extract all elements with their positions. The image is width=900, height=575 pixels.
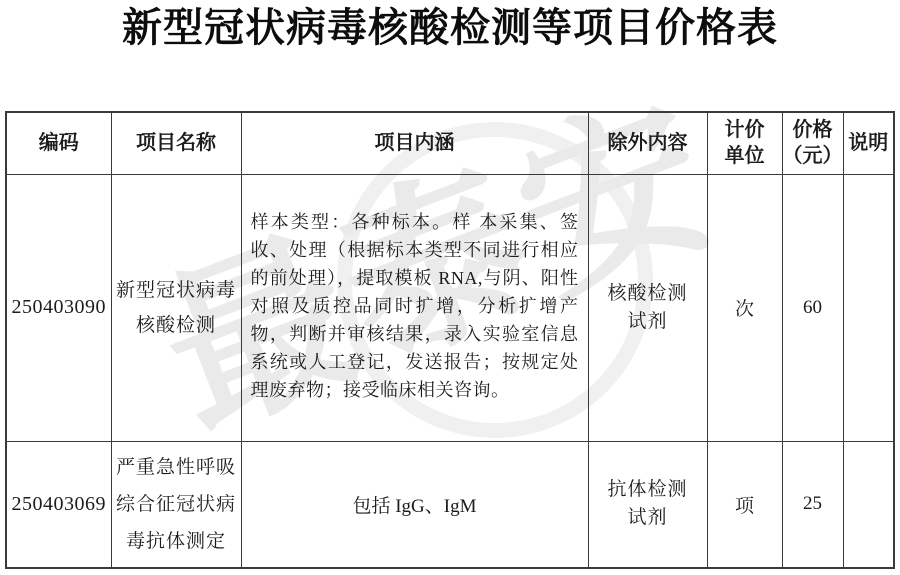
name-line: 综合征冠状病: [112, 486, 241, 523]
excluded-line: 试剂: [589, 504, 707, 532]
name-line: 毒抗体测定: [112, 523, 241, 560]
cell-name: 新型冠状病毒 核酸检测: [111, 174, 241, 441]
col-header-price-line: （元）: [783, 143, 843, 169]
col-header-unit-line: 计价: [708, 117, 782, 143]
cell-code: 250403069: [6, 441, 111, 568]
col-header-unit: 计价 单位: [707, 112, 782, 174]
col-header-excluded: 除外内容: [588, 112, 707, 174]
cell-price: 25: [782, 441, 843, 568]
page-title: 新型冠状病毒核酸检测等项目价格表: [0, 4, 900, 52]
excluded-line: 核酸检测: [589, 280, 707, 308]
name-line: 严重急性呼吸: [112, 449, 241, 486]
cell-note: [843, 441, 894, 568]
col-header-unit-line: 单位: [708, 143, 782, 169]
col-header-content: 项目内涵: [241, 112, 588, 174]
cell-content: 包括 IgG、IgM: [241, 441, 588, 568]
cell-price: 60: [782, 174, 843, 441]
name-line: 新型冠状病毒: [112, 273, 241, 308]
table-header-row: 编码 项目名称 项目内涵 除外内容 计价 单位 价格 （元） 说明: [6, 112, 894, 174]
cell-note: [843, 174, 894, 441]
cell-content: 样本类型：各种标本。样 本采集、签收、处理（根据标本类型不同进行相应的前处理），…: [241, 174, 588, 441]
document-page: 新型冠状病毒核酸检测等项目价格表 最泰安 编码 项目名称 项目内涵 除外内容 计…: [0, 0, 900, 575]
col-header-name: 项目名称: [111, 112, 241, 174]
price-table: 编码 项目名称 项目内涵 除外内容 计价 单位 价格 （元） 说明 250403…: [5, 111, 895, 569]
excluded-line: 抗体检测: [589, 476, 707, 504]
cell-excluded: 抗体检测 试剂: [588, 441, 707, 568]
excluded-line: 试剂: [589, 308, 707, 336]
cell-code: 250403090: [6, 174, 111, 441]
col-header-price: 价格 （元）: [782, 112, 843, 174]
table-row: 250403090 新型冠状病毒 核酸检测 样本类型：各种标本。样 本采集、签收…: [6, 174, 894, 441]
col-header-price-line: 价格: [783, 117, 843, 143]
col-header-note: 说明: [843, 112, 894, 174]
table-row: 250403069 严重急性呼吸 综合征冠状病 毒抗体测定 包括 IgG、IgM…: [6, 441, 894, 568]
col-header-code: 编码: [6, 112, 111, 174]
name-line: 核酸检测: [112, 308, 241, 343]
cell-excluded: 核酸检测 试剂: [588, 174, 707, 441]
cell-unit: 次: [707, 174, 782, 441]
cell-name: 严重急性呼吸 综合征冠状病 毒抗体测定: [111, 441, 241, 568]
cell-unit: 项: [707, 441, 782, 568]
